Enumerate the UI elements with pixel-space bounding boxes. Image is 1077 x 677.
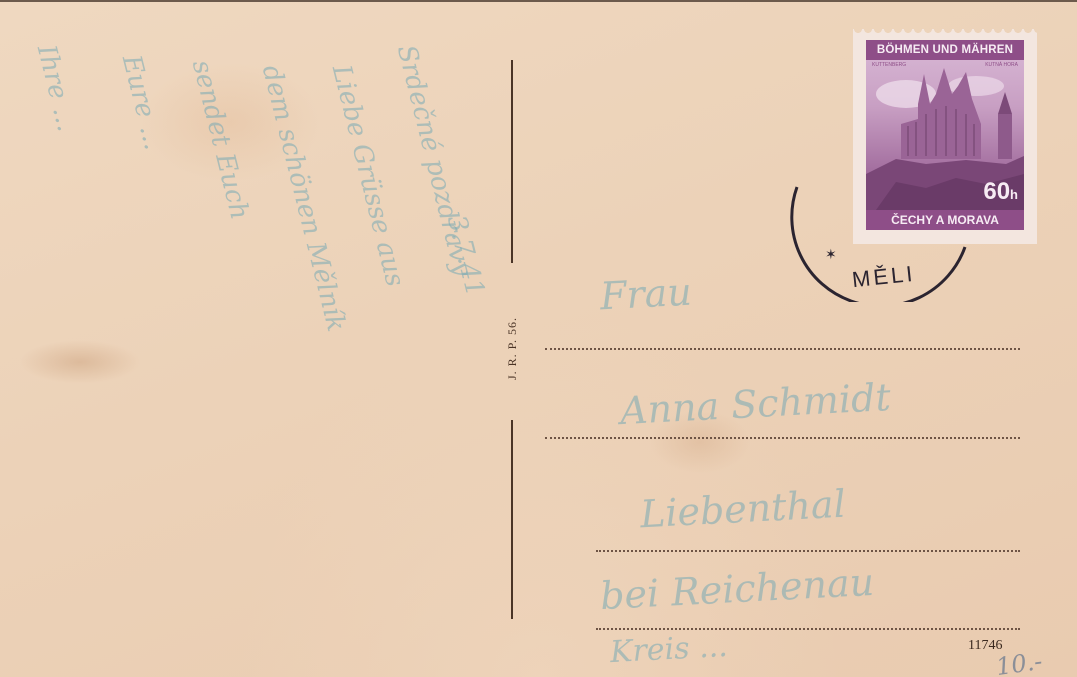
postage-stamp: BÖHMEN UND MÄHREN KUTTENBERG KUTNÁ HORA … xyxy=(853,29,1037,244)
address-line-1 xyxy=(545,348,1020,350)
handwritten-address-line: bei Reichenau xyxy=(599,560,875,618)
serial-number: 11746 xyxy=(968,638,1002,654)
address-line-4 xyxy=(596,628,1020,630)
postcard-back: 3.7.41 Srdečné pozdravy Liebe Grüsse aus… xyxy=(0,0,1077,677)
address-line-3 xyxy=(596,550,1020,552)
handwritten-address-line: Liebenthal xyxy=(639,482,847,537)
handwritten-message-line: Liebe Grüsse aus xyxy=(326,62,410,290)
center-divider-bottom xyxy=(511,420,513,619)
handwritten-message-line: Ihre ... xyxy=(31,42,81,135)
handwritten-address-line: Anna Schmidt xyxy=(619,375,892,433)
printer-mark: J. R. P. 56. xyxy=(493,288,533,408)
center-divider-top xyxy=(511,60,513,263)
stamp-value: 60h xyxy=(983,178,1018,206)
stamp-top-text: BÖHMEN UND MÄHREN xyxy=(866,40,1024,60)
stamp-bottom-text: ČECHY A MORAVA xyxy=(866,210,1024,230)
handwritten-address-line: Frau xyxy=(599,270,693,319)
handwritten-address-line: Kreis ... xyxy=(609,629,728,670)
handwritten-message-line: Eure ... xyxy=(116,52,168,153)
pencil-price-note: 10.- xyxy=(994,647,1044,677)
svg-text:✶: ✶ xyxy=(825,246,837,262)
address-line-2 xyxy=(545,437,1020,439)
handwritten-message-line: sendet Euch xyxy=(186,57,255,223)
handwritten-message-line: Srdečné pozdravy xyxy=(391,42,477,279)
